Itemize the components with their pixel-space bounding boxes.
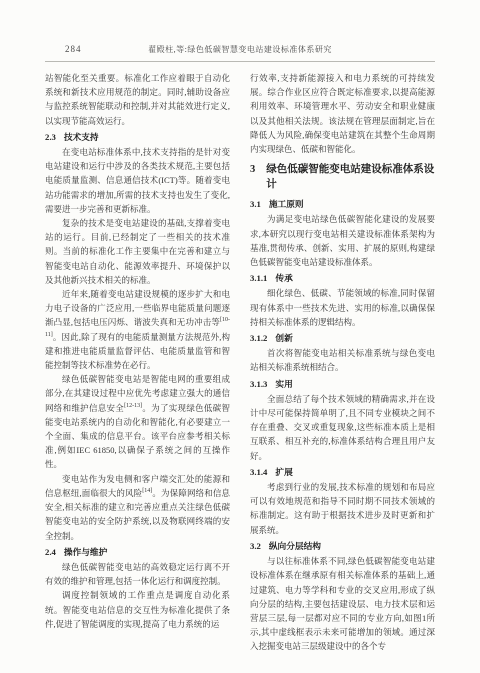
heading-number: 3.1.2 bbox=[250, 331, 267, 345]
subsection-heading: 3.1.4扩展 bbox=[250, 465, 435, 479]
page-number: 284 bbox=[65, 44, 82, 54]
section-heading: 3绿色低碳智能变电站建设标准体系设计 bbox=[250, 162, 435, 192]
heading-number: 3 bbox=[250, 162, 255, 192]
paragraph: 绿色低碳智能变电站的高效稳定运行离不开有效的维护和管理,包括一体化运行和调度控制… bbox=[45, 560, 230, 588]
running-header: 284 翟殿柱,等:绿色低碳智慧变电站建设标准体系研究 bbox=[45, 44, 435, 62]
subsection-heading: 3.1.3实用 bbox=[250, 377, 435, 391]
left-column: 站智能化至关重要。标准化工作应着眼于自动化系统和新技术应用规范的制定。同时,辅助… bbox=[45, 71, 230, 654]
paragraph: 站智能化至关重要。标准化工作应着眼于自动化系统和新技术应用规范的制定。同时,辅助… bbox=[45, 71, 230, 128]
paragraph: 在变电站标准体系中,技术支持指的是针对变电站建设和运行中涉及的各类技术规范,主要… bbox=[45, 145, 230, 216]
heading-number: 3.2 bbox=[250, 539, 261, 553]
paragraph: 复杂的技术是变电站建设的基础,支撑着变电站的运行。目前,已经制定了一些相关的技术… bbox=[45, 216, 230, 287]
paragraph: 变电站作为发电侧和客户端交汇处的能源和信息枢纽,面临很大的风险[14]。为保障网… bbox=[45, 472, 230, 543]
heading-text: 纵向分层结构 bbox=[269, 539, 321, 553]
paragraph: 全面总结了每个技术领域的精确需求,并在设计中尽可能保持简单明了,且不同专业模块之… bbox=[250, 392, 435, 463]
heading-number: 3.1.1 bbox=[250, 271, 267, 285]
heading-number: 2.3 bbox=[45, 130, 56, 144]
heading-text: 绿色低碳智能变电站建设标准体系设计 bbox=[266, 162, 435, 192]
paragraph: 细化绿色、低碳、节能领域的标准,同时保留现有体系中一些技术先进、实用的标准,以确… bbox=[250, 286, 435, 329]
citation-ref: [12-13] bbox=[124, 403, 142, 409]
heading-number: 2.4 bbox=[45, 545, 56, 559]
heading-text: 技术支持 bbox=[64, 130, 99, 144]
two-column-body: 站智能化至关重要。标准化工作应着眼于自动化系统和新技术应用规范的制定。同时,辅助… bbox=[45, 71, 435, 654]
document-page: 284 翟殿柱,等:绿色低碳智慧变电站建设标准体系研究 站智能化至关重要。标准化… bbox=[0, 0, 480, 673]
heading-text: 操作与维护 bbox=[64, 545, 107, 559]
citation-ref: [14] bbox=[142, 488, 152, 494]
paragraph: 行效率,支持新能源接入和电力系统的可持续发展。综合作业区应符合既定标准要求,以提… bbox=[250, 71, 435, 156]
paragraph: 与以往标准体系不同,绿色低碳智能变电站建设标准体系在继承原有相关标准体系的基础上… bbox=[250, 554, 435, 653]
heading-text: 实用 bbox=[275, 377, 292, 391]
subsection-heading: 2.3技术支持 bbox=[45, 130, 230, 144]
subsection-heading: 3.2纵向分层结构 bbox=[250, 539, 435, 553]
heading-text: 施工原则 bbox=[269, 197, 304, 211]
subsection-heading: 3.1.1传承 bbox=[250, 271, 435, 285]
paragraph: 绿色低碳智能变电站是智能电网的重要组成部分,在其建设过程中应优先考虑建立强大的通… bbox=[45, 372, 230, 471]
heading-number: 3.1.3 bbox=[250, 377, 267, 391]
subsection-heading: 3.1.2创新 bbox=[250, 331, 435, 345]
heading-text: 扩展 bbox=[275, 465, 292, 479]
paragraph: 考虑到行业的发展,技术标准的规划和布局应可以有效地规范和指导不同时期不同技术领域… bbox=[250, 480, 435, 537]
paragraph: 首次将智能变电站相关标准系统与绿色变电站相关标准系统相结合。 bbox=[250, 346, 435, 374]
heading-number: 3.1.4 bbox=[250, 465, 267, 479]
heading-text: 创新 bbox=[275, 331, 292, 345]
running-title: 翟殿柱,等:绿色低碳智慧变电站建设标准体系研究 bbox=[148, 45, 332, 54]
paragraph: 为满足变电站绿色低碳智能化建设的发展要求,本研究以现行变电站相关建设标准体系架构… bbox=[250, 212, 435, 269]
citation-ref: [10-11] bbox=[45, 318, 230, 338]
subsection-heading: 3.1施工原则 bbox=[250, 197, 435, 211]
right-column: 行效率,支持新能源接入和电力系统的可持续发展。综合作业区应符合既定标准要求,以提… bbox=[250, 71, 435, 654]
paragraph: 调度控制领域的工作重点是调度自动化系统。智能变电站信息的交互性为标准化提供了条件… bbox=[45, 588, 230, 631]
paragraph: 近年来,随着变电站建设规模的逐步扩大和电力电子设备的广泛应用,一些临界电能质量问… bbox=[45, 287, 230, 372]
heading-number: 3.1 bbox=[250, 197, 261, 211]
heading-text: 传承 bbox=[275, 271, 292, 285]
subsection-heading: 2.4操作与维护 bbox=[45, 545, 230, 559]
